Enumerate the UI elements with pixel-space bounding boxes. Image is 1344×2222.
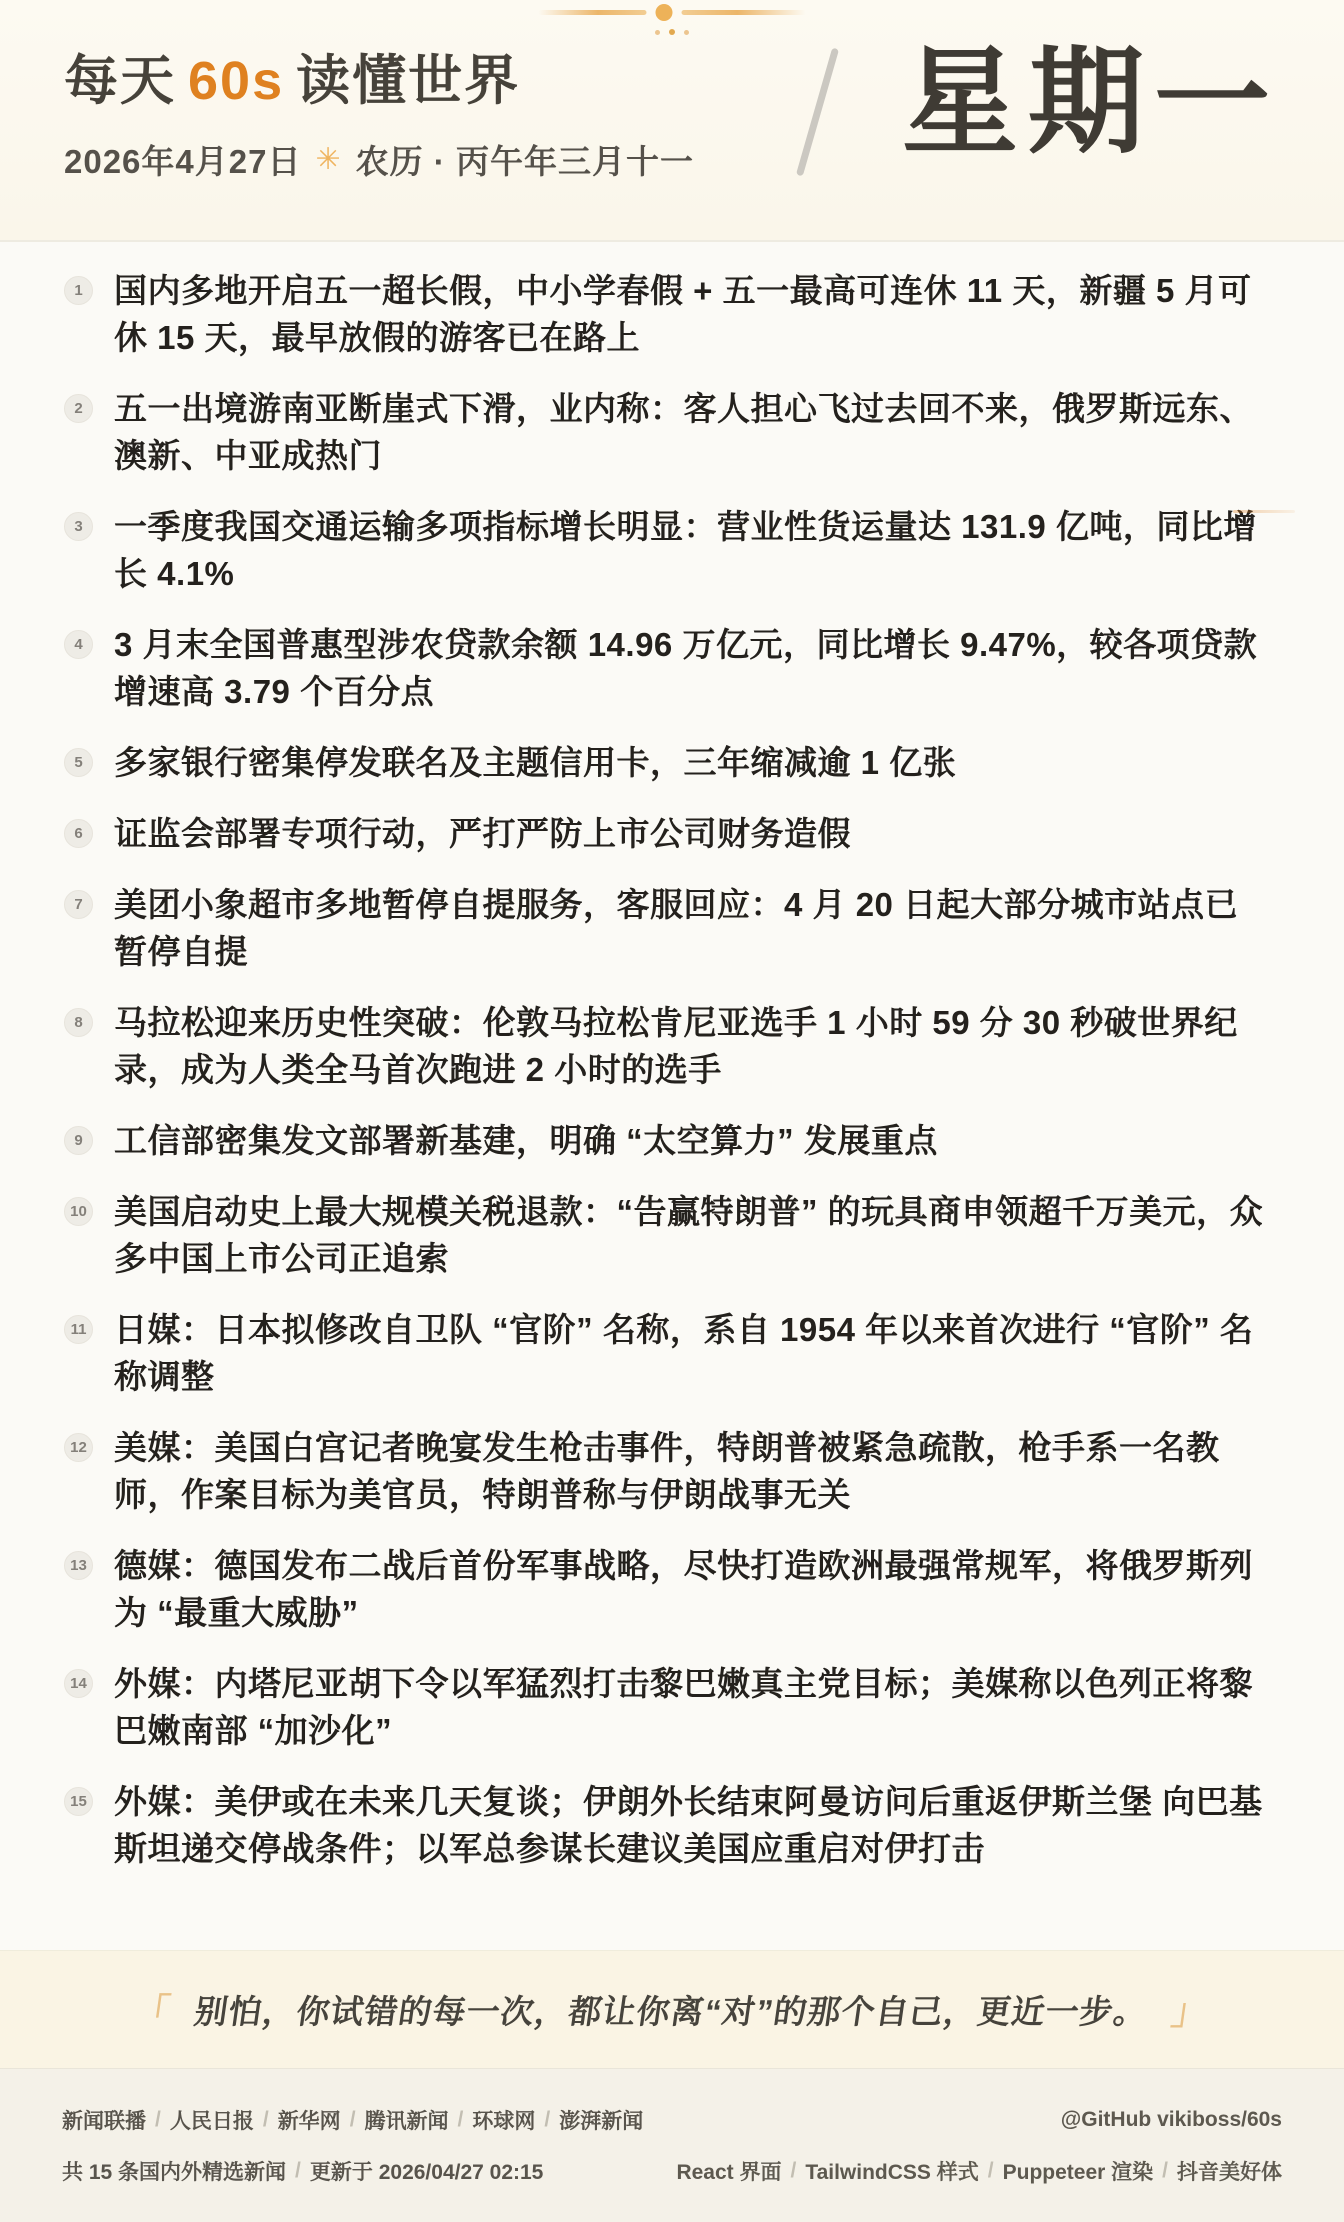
page-title-accent: 60s bbox=[188, 51, 284, 111]
github-credit: @GitHub vikiboss/60s bbox=[1061, 2108, 1282, 2132]
news-item-text: 日媒：日本拟修改自卫队 “官阶” 名称，系自 1954 年以来首次进行 “官阶”… bbox=[114, 1306, 1266, 1400]
news-item-text: 美媒：美国白宫记者晚宴发生枪击事件，特朗普被紧急疏散，枪手系一名教师，作案目标为… bbox=[114, 1424, 1266, 1518]
news-item-text: 五一出境游南亚断崖式下滑，业内称：客人担心飞过去回不来，俄罗斯远东、澳新、中亚成… bbox=[114, 385, 1266, 479]
news-item: 5 多家银行密集停发联名及主题信用卡，三年缩减逾 1 亿张 bbox=[64, 739, 1280, 786]
news-item: 12 美媒：美国白宫记者晚宴发生枪击事件，特朗普被紧急疏散，枪手系一名教师，作案… bbox=[64, 1424, 1280, 1518]
news-section: 1 国内多地开启五一超长假，中小学春假 + 五一最高可连休 11 天，新疆 5 … bbox=[0, 240, 1344, 1950]
news-item: 11 日媒：日本拟修改自卫队 “官阶” 名称，系自 1954 年以来首次进行 “… bbox=[64, 1306, 1280, 1400]
daily-60s-news-card: 每天60s读懂世界 2026年4月27日 ✳ 农历 · 丙午年三月十一 星期一 … bbox=[0, 0, 1344, 2222]
slash-separator: / bbox=[1162, 2159, 1168, 2183]
quote-section: 「 别怕，你试错的每一次，都让你离“对”的那个自己，更近一步。 」 bbox=[0, 1950, 1344, 2068]
news-item-number-badge: 13 bbox=[64, 1551, 93, 1580]
news-item: 7 美团小象超市多地暂停自提服务，客服回应：4 月 20 日起大部分城市站点已暂… bbox=[64, 881, 1280, 975]
lunar-date: 农历 · 丙午年三月十一 bbox=[356, 136, 694, 183]
ornament-line-left bbox=[539, 10, 647, 15]
news-item-number-badge: 11 bbox=[64, 1315, 93, 1344]
news-item-text: 德媒：德国发布二战后首份军事战略，尽快打造欧洲最强常规军，将俄罗斯列为 “最重大… bbox=[114, 1542, 1266, 1636]
news-item-text: 3 月末全国普惠型涉农贷款余额 14.96 万亿元，同比增长 9.47%，较各项… bbox=[114, 621, 1266, 715]
footer-meta: 共 15 条国内外精选新闻/更新于 2026/04/27 02:15 bbox=[62, 2156, 543, 2186]
news-item-text: 证监会部署专项行动，严打严防上市公司财务造假 bbox=[114, 810, 851, 857]
ornament-circle-icon bbox=[656, 4, 673, 21]
news-item: 1 国内多地开启五一超长假，中小学春假 + 五一最高可连休 11 天，新疆 5 … bbox=[64, 267, 1280, 361]
news-item-number-badge: 2 bbox=[64, 394, 93, 423]
ornament-line-right bbox=[682, 10, 806, 15]
ornament-dots bbox=[655, 29, 689, 35]
news-item: 14 外媒：内塔尼亚胡下令以军猛烈打击黎巴嫩真主党目标；美媒称以色列正将黎巴嫩南… bbox=[64, 1660, 1280, 1754]
news-item-text: 工信部密集发文部署新基建，明确 “太空算力” 发展重点 bbox=[114, 1117, 938, 1164]
credit-item: TailwindCSS 样式 bbox=[805, 2156, 978, 2186]
ornament-dot-icon bbox=[684, 30, 689, 35]
news-item-number-badge: 7 bbox=[64, 890, 93, 919]
credit-item: 抖音美好体 bbox=[1177, 2156, 1282, 2186]
ornament-dot-icon bbox=[655, 30, 660, 35]
slash-separator: / bbox=[263, 2108, 269, 2132]
news-count-label: 共 15 条国内外精选新闻 bbox=[62, 2156, 286, 2186]
news-item-text: 美国启动史上最大规模关税退款：“告赢特朗普” 的玩具商申领超千万美元，众多中国上… bbox=[114, 1188, 1266, 1282]
news-item-text: 美团小象超市多地暂停自提服务，客服回应：4 月 20 日起大部分城市站点已暂停自… bbox=[114, 881, 1266, 975]
news-item: 9 工信部密集发文部署新基建，明确 “太空算力” 发展重点 bbox=[64, 1117, 1280, 1164]
news-item-number-badge: 12 bbox=[64, 1433, 93, 1462]
slash-separator: / bbox=[458, 2108, 464, 2132]
asterisk-icon: ✳ bbox=[315, 142, 341, 177]
quote-line: 「 别怕，你试错的每一次，都让你离“对”的那个自己，更近一步。 」 bbox=[107, 1984, 1237, 2035]
news-item-number-badge: 14 bbox=[64, 1669, 93, 1698]
source-item: 澎湃新闻 bbox=[559, 2105, 643, 2135]
credit-item: Puppeteer 渲染 bbox=[1003, 2156, 1154, 2186]
footer-credits: React 界面/TailwindCSS 样式/Puppeteer 渲染/抖音美… bbox=[676, 2156, 1282, 2186]
quote-text: 别怕，你试错的每一次，都让你离“对”的那个自己，更近一步。 bbox=[192, 1986, 1152, 2033]
news-item-text: 马拉松迎来历史性突破：伦敦马拉松肯尼亚选手 1 小时 59 分 30 秒破世界纪… bbox=[114, 999, 1266, 1093]
page-title-suffix: 读懂世界 bbox=[296, 51, 520, 111]
news-item-number-badge: 10 bbox=[64, 1197, 93, 1226]
news-item: 15 外媒：美伊或在未来几天复谈；伊朗外长结束阿曼访问后重返伊斯兰堡 向巴基斯坦… bbox=[64, 1778, 1280, 1872]
footer-sources: 新闻联播/人民日报/新华网/腾讯新闻/环球网/澎湃新闻 bbox=[62, 2105, 643, 2135]
slash-divider-icon bbox=[796, 48, 839, 177]
news-item-number-badge: 15 bbox=[64, 1787, 93, 1816]
news-item: 3 一季度我国交通运输多项指标增长明显：营业性货运量达 131.9 亿吨，同比增… bbox=[64, 503, 1280, 597]
slash-separator: / bbox=[295, 2159, 301, 2183]
ornament-dot-icon bbox=[669, 29, 675, 35]
news-list: 1 国内多地开启五一超长假，中小学春假 + 五一最高可连休 11 天，新疆 5 … bbox=[64, 267, 1280, 1872]
source-item: 新华网 bbox=[278, 2105, 341, 2135]
news-item-number-badge: 5 bbox=[64, 748, 93, 777]
source-item: 人民日报 bbox=[170, 2105, 254, 2135]
news-item: 6 证监会部署专项行动，严打严防上市公司财务造假 bbox=[64, 810, 1280, 857]
quote-close-bracket-icon: 」 bbox=[1169, 1984, 1213, 2035]
news-item-number-badge: 6 bbox=[64, 819, 93, 848]
date-row: 2026年4月27日 ✳ 农历 · 丙午年三月十一 bbox=[64, 136, 694, 183]
news-item-text: 外媒：内塔尼亚胡下令以军猛烈打击黎巴嫩真主党目标；美媒称以色列正将黎巴嫩南部 “… bbox=[114, 1660, 1266, 1754]
footer: 新闻联播/人民日报/新华网/腾讯新闻/环球网/澎湃新闻 @GitHub viki… bbox=[0, 2068, 1344, 2222]
watermark-line bbox=[1233, 510, 1295, 513]
slash-separator: / bbox=[544, 2108, 550, 2132]
news-item: 8 马拉松迎来历史性突破：伦敦马拉松肯尼亚选手 1 小时 59 分 30 秒破世… bbox=[64, 999, 1280, 1093]
footer-row-sources: 新闻联播/人民日报/新华网/腾讯新闻/环球网/澎湃新闻 @GitHub viki… bbox=[62, 2105, 1282, 2135]
slash-separator: / bbox=[350, 2108, 356, 2132]
news-item-text: 一季度我国交通运输多项指标增长明显：营业性货运量达 131.9 亿吨，同比增长 … bbox=[114, 503, 1266, 597]
news-item: 10 美国启动史上最大规模关税退款：“告赢特朗普” 的玩具商申领超千万美元，众多… bbox=[64, 1188, 1280, 1282]
header: 每天60s读懂世界 2026年4月27日 ✳ 农历 · 丙午年三月十一 星期一 bbox=[0, 0, 1344, 240]
slash-separator: / bbox=[790, 2159, 796, 2183]
title-block: 每天60s读懂世界 2026年4月27日 ✳ 农历 · 丙午年三月十一 bbox=[64, 50, 694, 183]
source-item: 环球网 bbox=[472, 2105, 535, 2135]
slash-separator: / bbox=[988, 2159, 994, 2183]
quote-open-bracket-icon: 「 bbox=[131, 1984, 175, 2035]
news-item-number-badge: 9 bbox=[64, 1126, 93, 1155]
updated-time-label: 更新于 2026/04/27 02:15 bbox=[310, 2156, 543, 2186]
news-item: 4 3 月末全国普惠型涉农贷款余额 14.96 万亿元，同比增长 9.47%，较… bbox=[64, 621, 1280, 715]
news-item-number-badge: 1 bbox=[64, 276, 93, 305]
slash-separator: / bbox=[155, 2108, 161, 2132]
source-item: 新闻联播 bbox=[62, 2105, 146, 2135]
news-item-text: 国内多地开启五一超长假，中小学春假 + 五一最高可连休 11 天，新疆 5 月可… bbox=[114, 267, 1266, 361]
news-item: 2 五一出境游南亚断崖式下滑，业内称：客人担心飞过去回不来，俄罗斯远东、澳新、中… bbox=[64, 385, 1280, 479]
page-title: 每天60s读懂世界 bbox=[64, 50, 694, 112]
news-item-text: 外媒：美伊或在未来几天复谈；伊朗外长结束阿曼访问后重返伊斯兰堡 向巴基斯坦递交停… bbox=[114, 1778, 1266, 1872]
news-item: 13 德媒：德国发布二战后首份军事战略，尽快打造欧洲最强常规军，将俄罗斯列为 “… bbox=[64, 1542, 1280, 1636]
weekday-label: 星期一 bbox=[902, 42, 1280, 164]
credit-item: React 界面 bbox=[676, 2156, 781, 2186]
gregorian-date: 2026年4月27日 bbox=[64, 136, 301, 183]
page-title-prefix: 每天 bbox=[64, 51, 176, 111]
news-item-number-badge: 3 bbox=[64, 512, 93, 541]
footer-row-meta: 共 15 条国内外精选新闻/更新于 2026/04/27 02:15 React… bbox=[62, 2156, 1282, 2186]
news-item-number-badge: 8 bbox=[64, 1008, 93, 1037]
source-item: 腾讯新闻 bbox=[365, 2105, 449, 2135]
top-ornament bbox=[539, 3, 806, 21]
news-item-number-badge: 4 bbox=[64, 630, 93, 659]
news-item-text: 多家银行密集停发联名及主题信用卡，三年缩减逾 1 亿张 bbox=[114, 739, 956, 786]
